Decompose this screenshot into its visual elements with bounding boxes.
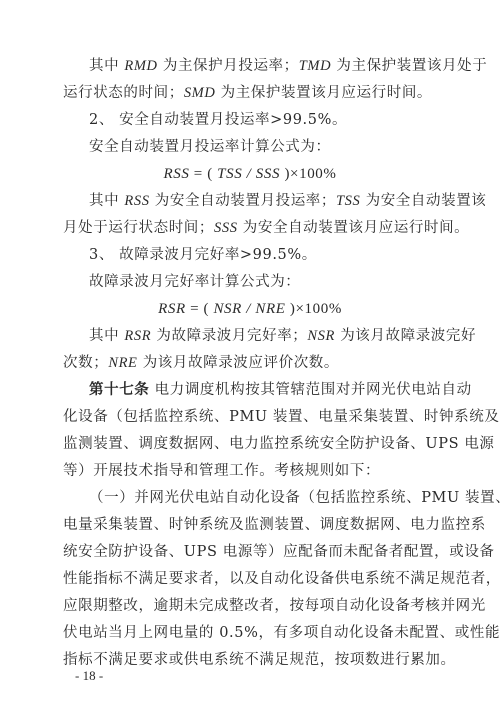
text: 电量采集装置、时钟系统及监测装置、调度数据网、电力监控系 [63,517,486,533]
formula: RSS = ( TSS / SSS )×100% [0,164,500,184]
text: 为主保护装置该月应运行时间。 [215,85,432,101]
article-heading: 第十七条 [89,381,149,398]
text: 为该月故障录波应评价次数。 [138,355,340,371]
variable: RSR [158,301,186,317]
text-line: 其中 RMD 为主保护月投运率；TMD 为主保护装置该月处于 [89,56,463,76]
text: 故障录波月完好率计算公式为： [89,274,300,290]
text: 性能指标不满足要求者，以及自动化设备供电系统不满足规范者， [63,571,500,587]
text: )×100% [286,301,342,317]
text: 其中 [89,193,124,209]
text: 伏电站当月上网电量的 0.5%，有多项自动化设备未配置、或性能 [63,625,500,641]
text: 其中 [89,328,124,344]
text-line: 其中 RSR 为故障录波月完好率；NSR 为该月故障录波完好 [89,326,463,346]
text-line: 2、 安全自动装置月投运率>99.5%。 [89,110,463,130]
variable: TSS / SSS [217,166,280,182]
text-line: 应限期整改，逾期未完成整改者，按每项自动化设备考核并网光 [63,596,437,616]
text-line: 月处于运行状态时间；SSS 为安全自动装置该月应运行时间。 [63,218,437,238]
page-number: - 18 - [75,668,103,684]
variable: RSR [124,328,151,344]
variable: SSS [214,220,238,236]
text: 其中 [89,58,124,74]
text-line: 监测装置、调度数据网、电力监控系统安全防护设备、UPS 电源 [63,434,437,454]
text: 次数； [63,355,108,371]
variable: TSS [336,193,360,209]
text-line: 统安全防护设备、UPS 电源等）应配备而未配备者配置，或设备 [63,542,437,562]
text-line: 安全自动装置月投运率计算公式为： [89,137,463,157]
text: 为主保护装置该月处于 [331,58,487,74]
text-line: （一）并网光伏电站自动化设备（包括监控系统、PMU 装置、 [89,488,463,508]
text: = ( [186,301,214,317]
text: 月处于运行状态时间； [63,220,214,236]
text: 化设备（包括监控系统、PMU 装置、电量采集装置、时钟系统及 [63,409,499,425]
variable: NSR / NRE [213,301,285,317]
text: 2、 安全自动装置月投运率>99.5%。 [89,112,347,128]
text: 为安全自动装置该月应运行时间。 [238,220,470,236]
text: 为主保护月投运率； [158,58,299,74]
text: 为故障录波月完好率； [151,328,307,344]
text: 3、 故障录波月完好率>99.5%。 [89,247,317,263]
text: 监测装置、调度数据网、电力监控系统安全防护设备、UPS 电源 [63,436,495,452]
text: = ( [189,166,217,182]
text-line: 电量采集装置、时钟系统及监测装置、调度数据网、电力监控系 [63,515,437,535]
text: 为安全自动装置月投运率； [150,193,336,209]
text-line: 运行状态的时间；SMD 为主保护装置该月应运行时间。 [63,83,437,103]
text: 运行状态的时间； [63,85,184,101]
variable: NRE [108,355,137,371]
text: 安全自动装置月投运率计算公式为： [89,139,331,155]
text: 应限期整改，逾期未完成整改者，按每项自动化设备考核并网光 [63,598,486,614]
text: 等）开展技术指导和管理工作。考核规则如下： [63,463,380,479]
text-line: 第十七条 电力调度机构按其管辖范围对并网光伏电站自动 [89,380,463,400]
text-line: 其中 RSS 为安全自动装置月投运率；TSS 为安全自动装置该 [89,191,463,211]
variable: RSS [124,193,149,209]
text: 指标不满足要求或供电系统不满足规范，按项数进行累加。 [63,652,456,668]
text: 为安全自动装置该 [360,193,486,209]
text-line: 指标不满足要求或供电系统不满足规范，按项数进行累加。 [63,650,437,670]
variable: RSS [163,166,189,182]
text-line: 等）开展技术指导和管理工作。考核规则如下： [63,461,437,481]
variable: TMD [299,58,331,74]
text: 为该月故障录波完好 [335,328,476,344]
variable: NSR [307,328,335,344]
text: 电力调度机构按其管辖范围对并网光伏电站自动 [149,382,471,398]
text-line: 3、 故障录波月完好率>99.5%。 [89,245,463,265]
variable: RMD [124,58,157,74]
text: )×100% [280,166,336,182]
variable: SMD [184,85,216,101]
text-line: 次数；NRE 为该月故障录波应评价次数。 [63,353,437,373]
text: 统安全防护设备、UPS 电源等）应配备而未配备者配置，或设备 [63,544,495,560]
text-line: 故障录波月完好率计算公式为： [89,272,463,292]
formula: RSR = ( NSR / NRE )×100% [0,299,500,319]
text-line: 化设备（包括监控系统、PMU 装置、电量采集装置、时钟系统及 [63,407,437,427]
text: （一）并网光伏电站自动化设备（包括监控系统、PMU 装置、 [89,490,500,506]
text-line: 伏电站当月上网电量的 0.5%，有多项自动化设备未配置、或性能 [63,623,437,643]
text-line: 性能指标不满足要求者，以及自动化设备供电系统不满足规范者， [63,569,437,589]
